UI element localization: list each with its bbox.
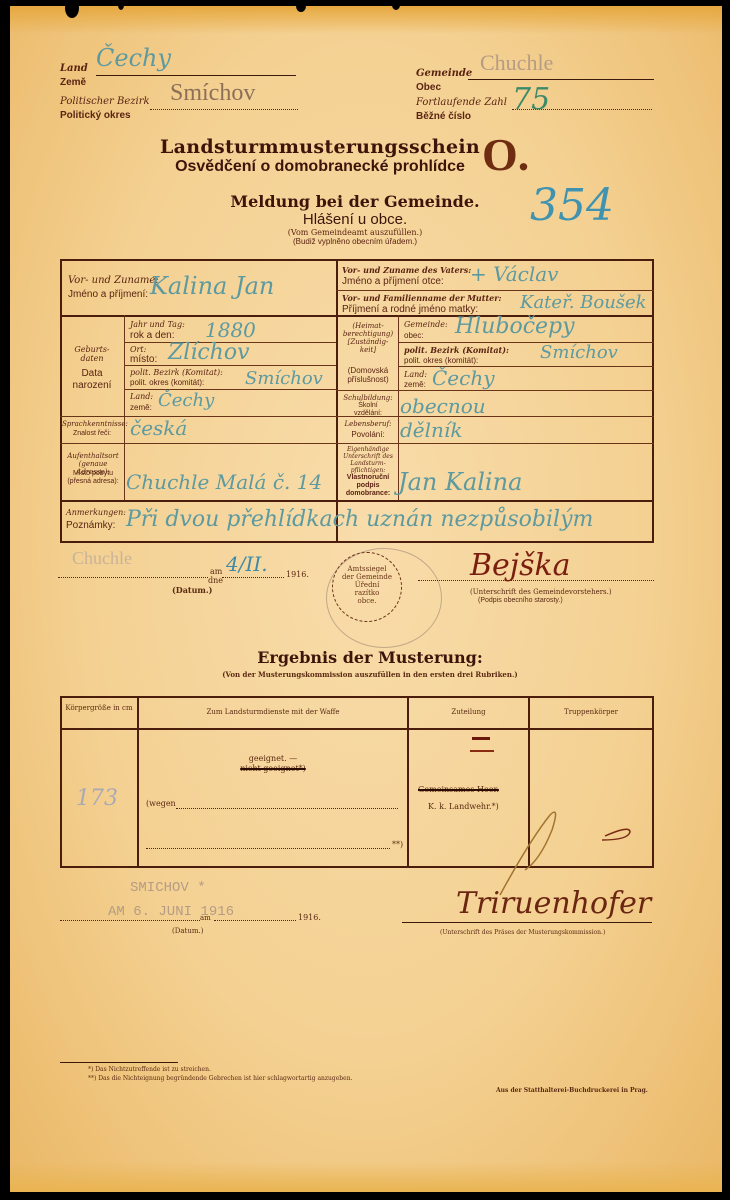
title-de: Landsturmmusterungsschein	[160, 136, 480, 158]
result-title: Ergebnis der Musterung:	[180, 648, 560, 667]
label-education-cz: Školní vzdělání:	[338, 402, 398, 418]
label-birth-land-cz: země:	[130, 403, 152, 412]
label-father-cz: Jméno a příjmení otce:	[342, 276, 444, 288]
label-languages-cz: Znalost řeči:	[62, 430, 122, 438]
education-value: obecnou	[400, 394, 486, 418]
label-birth-place-de: Ort:	[130, 345, 146, 354]
stamp-line: Úřední	[333, 581, 401, 589]
footnote-1: *) Das Nichtzutreffende ist zu streichen…	[88, 1066, 211, 1074]
home-commune-value: Hlubočepy	[455, 314, 575, 339]
stamp-text: Amtssiegel der Gemeinde Úřední razítko o…	[333, 553, 401, 605]
note-cz: (Budiž vyplněno obecním úřadem.)	[180, 237, 530, 246]
not-suitable-text-struck: nicht geeignet*)	[139, 764, 407, 773]
languages-value: česká	[130, 416, 187, 440]
bezirk-line	[150, 109, 298, 110]
torn-edge	[296, 0, 306, 12]
label-home-group-cz: (Domovská příslušnost)	[338, 366, 398, 384]
label-remarks-de: Anmerkungen:	[66, 508, 126, 517]
label-home-district-cz: polit. okres (komitát):	[404, 356, 478, 365]
label-name-cz: Jméno a příjmení:	[68, 289, 148, 301]
title-block: Landsturmmusterungsschein Osvědčení o do…	[160, 136, 480, 176]
label-zahl-cz: Běžné číslo	[416, 111, 471, 123]
subtitle-de: Meldung bei der Gemeinde.	[180, 192, 530, 211]
result-subtitle: (Von der Musterungskommission auszufülle…	[180, 671, 560, 679]
divider	[124, 389, 336, 390]
label-bezirk-de: Politischer Bezirk	[60, 96, 150, 108]
land-value: Čechy	[96, 44, 171, 72]
label-wegen: (wegen	[146, 799, 176, 808]
gemeinde-line	[468, 79, 654, 80]
torn-edge	[392, 0, 400, 10]
label-father-de: Vor- und Zuname des Vaters:	[342, 266, 471, 275]
commission-date-line	[214, 920, 296, 921]
label-land-cz: Země	[60, 77, 86, 89]
commission-sign-line	[402, 922, 652, 923]
pencil-flourish	[490, 800, 650, 900]
municipal-date-line	[222, 577, 284, 578]
label-birth-place-cz: místo:	[130, 354, 157, 366]
label-gemeinde-cz: Obec	[416, 82, 441, 94]
father-value: + Václav	[470, 262, 558, 286]
home-land-value: Čechy	[432, 366, 495, 390]
label-am: am	[210, 567, 222, 576]
column-header-armed-service: Zum Landsturmdienste mit der Waffe	[139, 708, 407, 716]
divider	[60, 728, 654, 730]
stamp-line: der Gemeinde	[333, 573, 401, 581]
commission-year: 1916.	[298, 913, 321, 922]
bezirk-value: Smíchov	[170, 80, 255, 107]
zahl-value: 75	[512, 82, 550, 117]
mother-value: Kateř. Boušek	[520, 292, 647, 313]
divider	[407, 696, 409, 868]
label-occupation-cz: Povolání:	[338, 430, 398, 439]
ink-mark	[472, 737, 490, 740]
column-header-troop-unit: Truppenkörper	[530, 708, 652, 716]
subtitle-cz: Hlášení u obce.	[180, 211, 530, 228]
label-education-de: Schulbildung:	[338, 394, 398, 402]
municipal-place-line	[58, 577, 208, 578]
residence-value: Chuchle Malá č. 14	[126, 470, 322, 494]
label-bezirk-cz: Politický okres	[60, 110, 131, 122]
title-cz: Osvědčení o domobranecké prohlídce	[160, 158, 480, 176]
stamp-line: razítko	[333, 589, 401, 597]
label-birth-district-de: polit. Bezirk (Komitat):	[130, 368, 223, 377]
torn-edge	[65, 0, 79, 18]
label-am: am	[200, 914, 211, 922]
stamp-line: obce.	[333, 597, 401, 605]
commission-signature: Triruenhofer	[456, 886, 651, 921]
birth-district-value: Smíchov	[245, 368, 323, 389]
label-birth-year-de: Jahr und Tag:	[130, 320, 185, 329]
assignment-value: K. k. Landwehr.*)	[428, 802, 499, 811]
divider	[60, 443, 654, 444]
note-de: (Vom Gemeindeamt auszufüllen.)	[180, 228, 530, 237]
home-district-value: Smíchov	[540, 342, 618, 363]
label-datum: (Datum.)	[172, 586, 212, 595]
label-gemeinde-de: Gemeinde	[416, 68, 472, 80]
label-home-land-cz: země:	[404, 380, 426, 389]
label-birth-land-de: Land:	[130, 392, 153, 401]
label-languages-de: Sprachkenntnisse:	[62, 420, 122, 428]
mayor-signature: Bejška	[470, 548, 571, 583]
wegen-line	[176, 808, 398, 809]
official-stamp-circle: Amtssiegel der Gemeinde Úřední razítko o…	[332, 552, 402, 622]
column-header-height: Körpergröße in cm	[62, 704, 136, 712]
occupation-value: dělník	[400, 418, 462, 442]
birth-place-value: Zlíchov	[168, 340, 250, 365]
registry-number: 354	[530, 180, 614, 231]
height-value: 173	[76, 786, 118, 811]
label-commission-sign: (Unterschrift des Präses der Musterungsk…	[440, 929, 605, 937]
label-mayor-sign-de: (Unterschrift des Gemeindevorstehers.)	[470, 588, 612, 596]
label-birth-group-de: Geburts- daten	[62, 345, 122, 363]
column-header-assignment: Zuteilung	[409, 708, 528, 716]
suitable-text: geeignet. —	[139, 754, 407, 763]
label-mother-de: Vor- und Familienname der Mutter:	[342, 294, 501, 303]
divider	[336, 290, 654, 291]
label-name-de: Vor- und Zuname:	[68, 275, 159, 287]
name-value: Kalina Jan	[150, 272, 274, 300]
divider	[60, 500, 654, 502]
label-datum: (Datum.)	[172, 927, 203, 935]
footnote-2: **) Das die Nichteignung begründende Geb…	[88, 1075, 352, 1083]
label-home-district-de: polit. Bezirk (Komitat):	[404, 346, 509, 355]
assignment-struck: Gemeinsames Heer.	[418, 785, 499, 794]
footnote-mark: **)	[392, 840, 403, 849]
municipal-year: 1916.	[286, 570, 309, 579]
label-home-commune-de: Gemeinde:	[404, 320, 448, 329]
label-residence-cz: Místo pobytu (přesná adresa):	[62, 470, 124, 486]
label-zahl-de: Fortlaufende Zahl	[416, 97, 507, 109]
commission-place-line	[60, 920, 200, 921]
label-signature-de: Eigenhändige Unterschrift des Landsturm-…	[338, 446, 398, 474]
label-dne: dne	[208, 576, 223, 585]
label-remarks-cz: Poznámky:	[66, 520, 115, 532]
footnote-rule	[60, 1062, 178, 1063]
label-occupation-de: Lebensberuf:	[338, 420, 398, 428]
subtitle-block: Meldung bei der Gemeinde. Hlášení u obce…	[180, 192, 530, 246]
commission-stamp-date: AM 6. JUNI 1916	[108, 904, 234, 920]
torn-edge	[118, 0, 124, 10]
birth-land-value: Čechy	[158, 390, 214, 411]
label-home-commune-cz: obec:	[404, 331, 424, 340]
form-letter: O.	[482, 128, 529, 181]
municipal-place-stamp: Chuchle	[72, 548, 132, 569]
ink-mark	[470, 750, 494, 752]
label-home-group-de: (Heimat- berechtigung) [Zuständig- keit]	[338, 322, 398, 354]
remarks-value: Při dvou přehlídkach uznán nezpůsobilým	[126, 507, 593, 532]
label-land-de: Land	[60, 63, 88, 75]
label-mayor-sign-cz: (Podpis obecního starosty.)	[478, 597, 563, 605]
divider	[336, 390, 654, 391]
divider	[137, 696, 139, 868]
land-line	[96, 75, 296, 76]
label-birth-district-cz: polit. okres (komitát):	[130, 378, 204, 387]
label-home-land-de: Land:	[404, 370, 427, 379]
printer-imprint: Aus der Statthalterei-Buchdruckerei in P…	[496, 1087, 648, 1095]
gemeinde-value: Chuchle	[480, 50, 553, 76]
stamp-line: Amtssiegel	[333, 565, 401, 573]
commission-stamp-place: SMICHOV *	[130, 880, 206, 896]
conscript-signature: Jan Kalina	[398, 468, 522, 496]
municipal-date-value: 4/II.	[226, 552, 268, 576]
label-birth-group-cz: Data narození	[62, 368, 122, 392]
result-title-block: Ergebnis der Musterung: (Von der Musteru…	[180, 648, 560, 679]
birth-year-value: 1880	[205, 318, 256, 342]
label-signature-cz: Vlastnoruční podpis domobrance:	[338, 474, 398, 498]
reason-line	[146, 848, 390, 849]
